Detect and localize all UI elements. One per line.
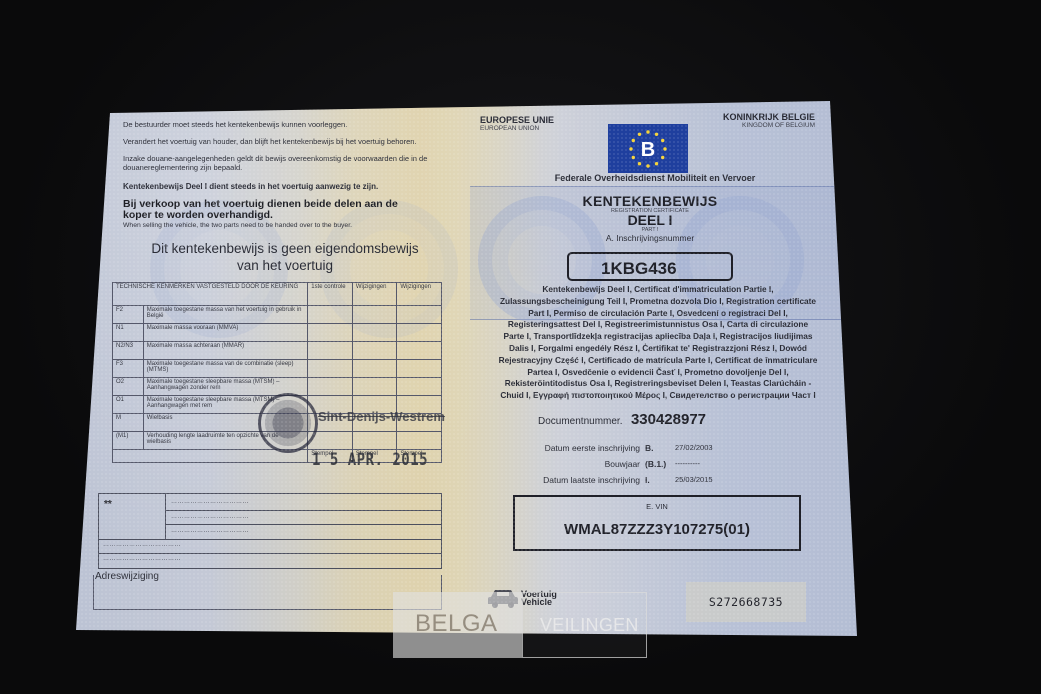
note-1: De bestuurder moet steeds het kentekenbe… (123, 120, 428, 129)
row-code: O2 (113, 378, 144, 396)
table-header-row: TECHNISCHE KENMERKEN VASTGESTELD DOOR DE… (113, 283, 442, 306)
instructions: De bestuurder moet steeds het kentekenbe… (123, 120, 428, 230)
cell (397, 360, 442, 378)
note-3: Inzake douane-aangelegenheden geldt dit … (123, 154, 428, 172)
cell (308, 324, 353, 342)
date-value: ---------- (675, 459, 700, 468)
cell (397, 342, 442, 360)
sale-notice: Bij verkoop van het voertuig dienen beid… (123, 199, 428, 221)
date-label: Datum eerste inschrijving (545, 443, 640, 453)
date-row: Datum laatste inschrijving I. 25/03/2015 (500, 475, 820, 491)
cell (308, 378, 353, 396)
european-union-label: EUROPESE UNIE EUROPEAN UNION (480, 115, 554, 132)
dotted-line: ……………………………… (171, 499, 249, 505)
divider (99, 553, 441, 554)
registration-dates: Datum eerste inschrijving B. 27/02/2003 … (500, 443, 820, 491)
stamp-date: 1 5 APR. 2015 (312, 450, 428, 469)
divider (165, 494, 166, 539)
kingdom-en: KINGDOM OF BELGIUM (700, 122, 815, 129)
address-change-box (93, 575, 442, 610)
watermark-right-panel: VEILINGEN (522, 592, 647, 658)
table-row: N1Maximale massa vooraan (MMVA) (113, 324, 442, 342)
cell (397, 378, 442, 396)
dotted-line: ……………………………… (171, 528, 249, 534)
certificate-title: KENTEKENBEWIJS REGISTRATION CERTIFICATE … (550, 194, 750, 243)
cell (308, 306, 353, 324)
table-header: Wijzigingen (397, 283, 442, 306)
row-code: O1 (113, 396, 144, 414)
must-be-present-note: Kentekenbewijs Deel I dient steeds in he… (123, 182, 428, 191)
table-row: F3Maximale toegestane massa van de combi… (113, 360, 442, 378)
cell (352, 324, 397, 342)
date-code: (B.1.) (645, 459, 666, 469)
divider (165, 524, 441, 525)
official-seal-stamp (258, 393, 318, 453)
svg-text:B: B (641, 139, 655, 161)
cell (308, 342, 353, 360)
row-code: M (113, 414, 144, 432)
table-header: 1ste controle (308, 283, 353, 306)
date-code: I. (645, 475, 650, 485)
authority-name: Federale Overheidsdienst Mobiliteit en V… (515, 173, 795, 183)
row-code: N1 (113, 324, 144, 342)
divider (99, 539, 441, 540)
row-code: (M1) (113, 432, 144, 450)
cell (397, 324, 442, 342)
date-code: B. (645, 443, 654, 453)
cell (352, 360, 397, 378)
kingdom-nl: KONINKRIJK BELGIE (700, 112, 815, 122)
registration-number: 1KBG436 (567, 252, 733, 281)
table-header: Wijzigingen (352, 283, 397, 306)
divider (165, 510, 441, 511)
note-2: Verandert het voertuig van houder, dan b… (123, 137, 428, 146)
dotted-line: ……………………………… (171, 514, 249, 520)
vin-label: E. VIN (515, 502, 799, 511)
eu-en: EUROPEAN UNION (480, 125, 554, 132)
table-header: TECHNISCHE KENMERKEN VASTGESTELD DOOR DE… (113, 283, 308, 306)
vin-box: E. VIN WMAL87ZZZ3Y107275(01) (513, 495, 801, 551)
kingdom-label: KONINKRIJK BELGIE KINGDOM OF BELGIUM (700, 112, 815, 129)
date-label: Datum laatste inschrijving (543, 475, 640, 485)
eu-nl: EUROPESE UNIE (480, 115, 554, 125)
watermark-left-panel: BELGA (393, 592, 522, 658)
belga-veilingen-watermark: BELGA VEILINGEN (393, 592, 647, 658)
watermark-belga: BELGA (415, 610, 498, 638)
date-label: Bouwjaar (605, 459, 640, 469)
cell (352, 432, 397, 450)
table-row: N2/N3Maximale massa achteraan (MMAR) (113, 342, 442, 360)
sale-notice-en: When selling the vehicle, the two parts … (123, 221, 428, 230)
dotted-line: ……………………………… (103, 542, 181, 548)
cell (352, 342, 397, 360)
part-nl: DEEL I (550, 214, 750, 227)
not-ownership-notice: Dit kentekenbewijs is geen eigendomsbewi… (150, 240, 420, 274)
title-nl: KENTEKENBEWIJS (550, 194, 750, 208)
table-row: O2Maximale toegestane sleepbare massa (M… (113, 378, 442, 396)
row-desc: Maximale toegestane massa van de combina… (143, 360, 308, 378)
eu-flag-icon: B (608, 124, 688, 173)
watermark-veilingen: VEILINGEN (540, 615, 639, 636)
owner-box: ……………………………… ……………………………… ……………………………… …… (98, 493, 442, 569)
row-desc: Maximale toegestane massa van het voertu… (143, 306, 308, 324)
cell (308, 360, 353, 378)
dotted-line: ……………………………… (103, 556, 181, 562)
document-number: Documentnummer. 330428977 (538, 411, 706, 429)
stamp-town: Sint-Denijs-Westrem (318, 409, 445, 424)
cell (352, 378, 397, 396)
serial-number: S272668735 (686, 582, 806, 622)
row-code: F3 (113, 360, 144, 378)
date-row: Datum eerste inschrijving B. 27/02/2003 (500, 443, 820, 459)
document-number-value: 330428977 (631, 411, 706, 428)
date-row: Bouwjaar (B.1.) ---------- (500, 459, 820, 475)
date-value: 27/02/2003 (675, 443, 713, 452)
eu-stars-b-icon: B (625, 126, 671, 172)
row-desc: Maximale massa achteraan (MMAR) (143, 342, 308, 360)
cell (397, 432, 442, 450)
table-row: F2Maximale toegestane massa van het voer… (113, 306, 442, 324)
cell (352, 306, 397, 324)
registration-number-label: A. Inschrijvingsnummer (550, 233, 750, 243)
row-desc: Maximale massa vooraan (MMVA) (143, 324, 308, 342)
multilingual-title-list: Kentekenbewijs Deel I, Certificat d'imma… (498, 284, 818, 402)
stars-marker: ** (104, 499, 112, 510)
row-code: F2 (113, 306, 144, 324)
vin-value: WMAL87ZZZ3Y107275(01) (515, 521, 799, 538)
date-value: 25/03/2015 (675, 475, 713, 484)
document-number-label: Documentnummer (538, 416, 620, 427)
row-code: N2/N3 (113, 342, 144, 360)
cell (397, 306, 442, 324)
